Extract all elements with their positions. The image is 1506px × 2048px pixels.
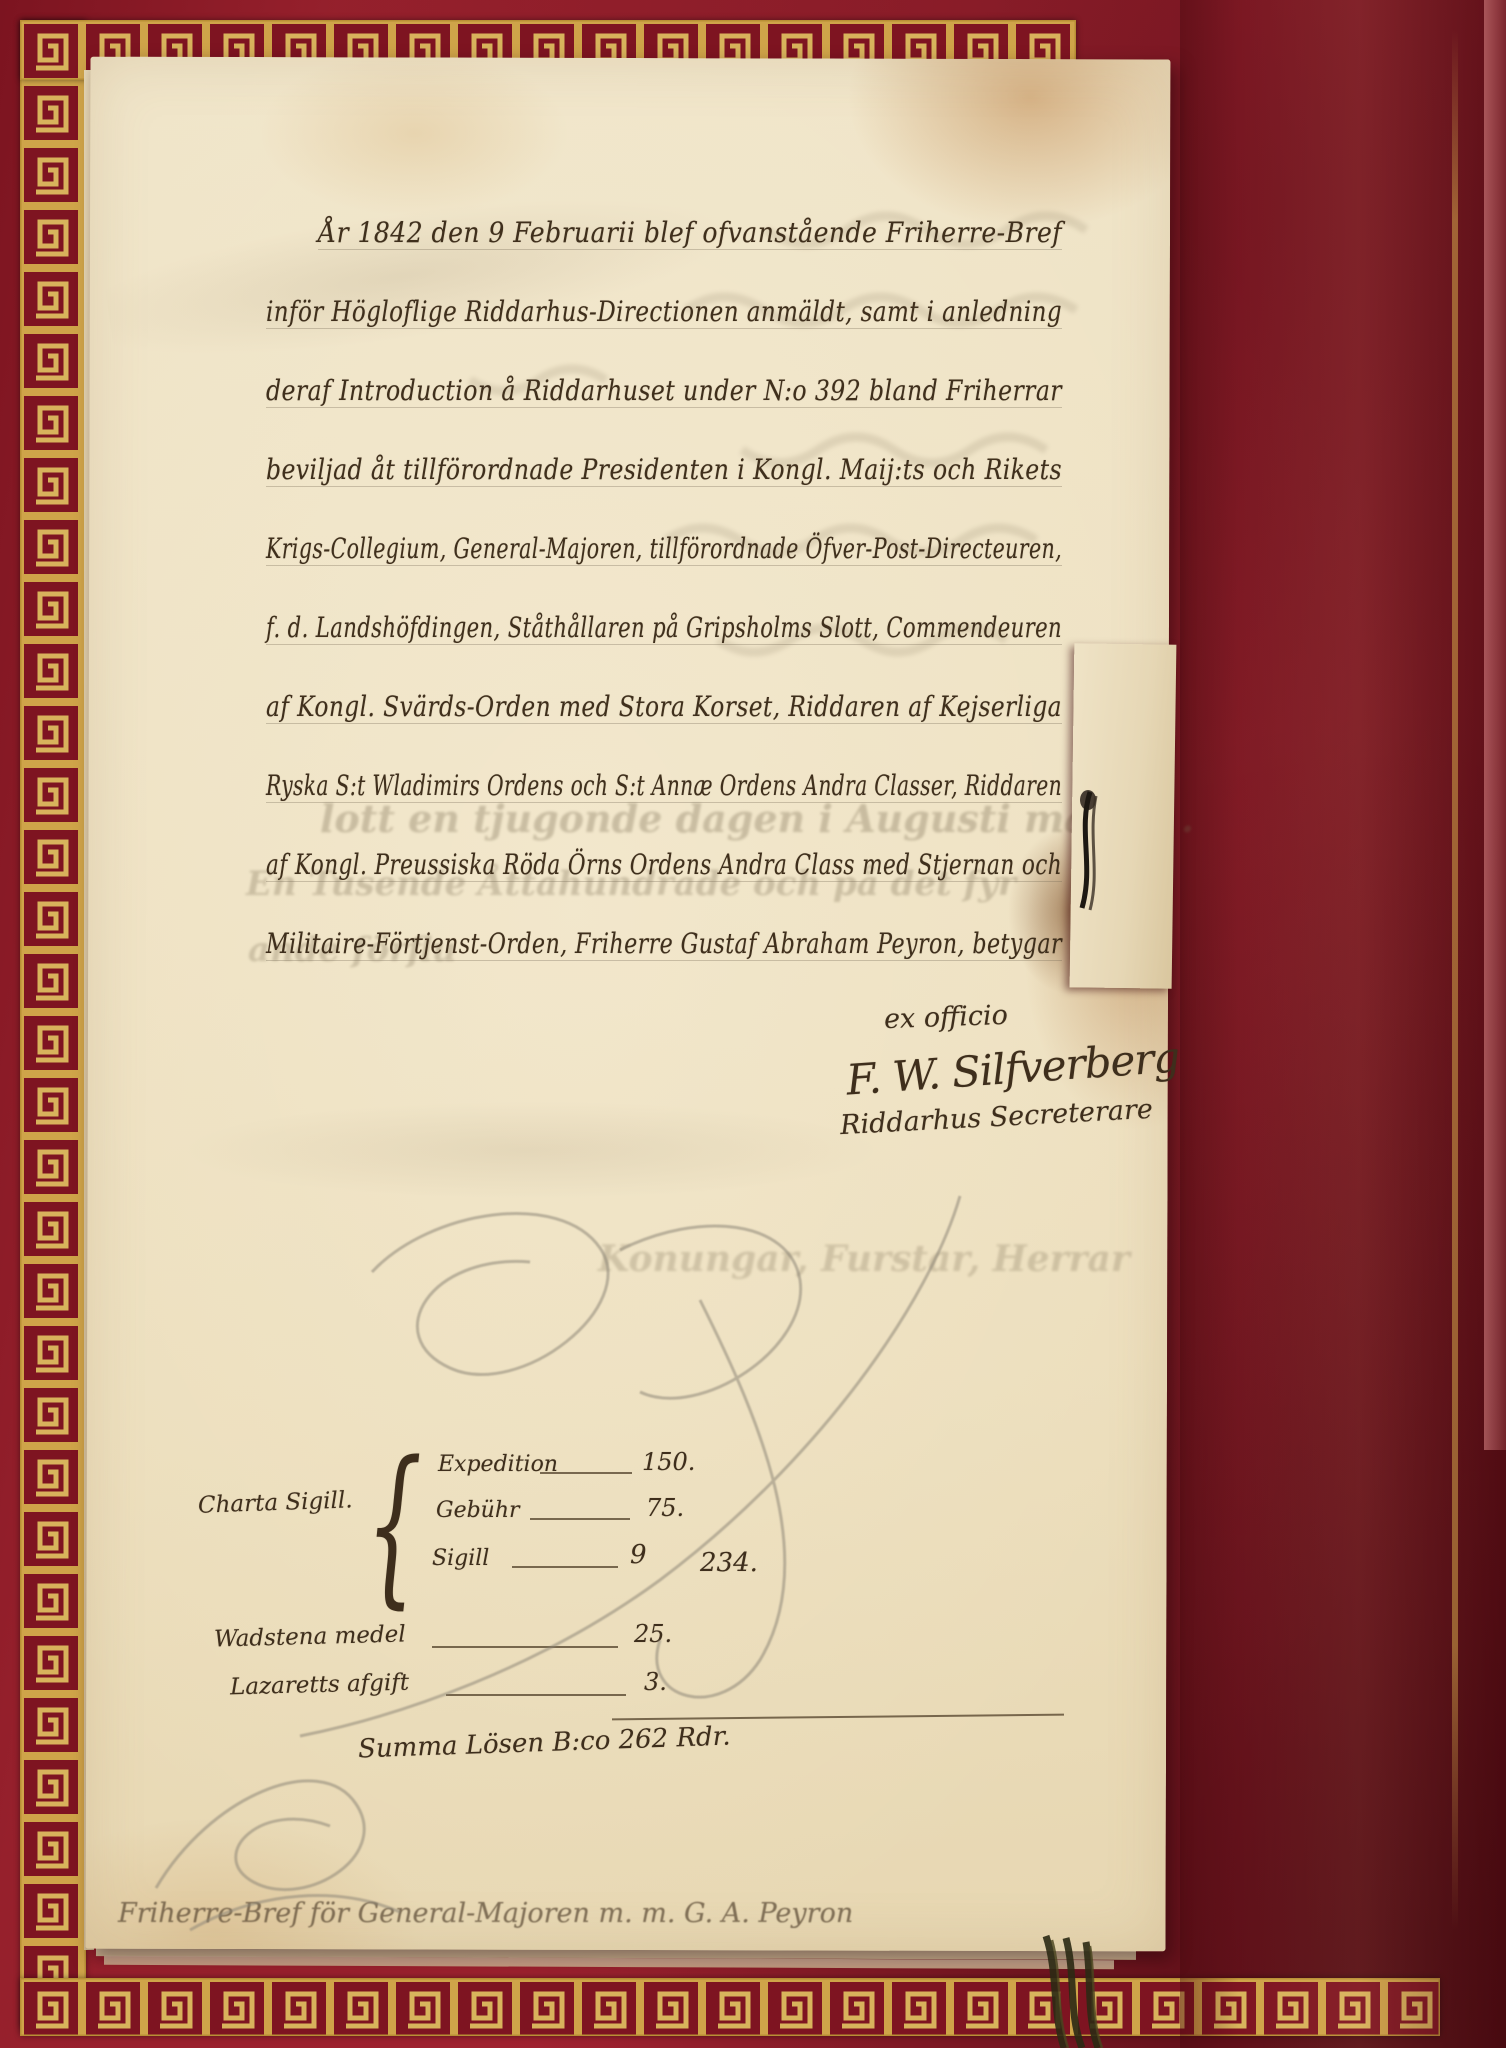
book-cover-scan: lott en tjugonde dagen i Augusti månad .…: [0, 0, 1506, 2048]
fee-label: Lazaretts afgift: [230, 1670, 410, 1701]
fee-value: 150.: [642, 1448, 695, 1476]
inserted-paper-strip: [1070, 643, 1177, 988]
right-cover-shading: [1180, 0, 1506, 2048]
manuscript-line: År 1842 den 9 Februarii blef ofvanståend…: [318, 216, 1062, 250]
fee-label: Wadstena medel: [214, 1621, 406, 1652]
fees-subtotal: 234.: [700, 1548, 758, 1578]
fee-label: Gebühr: [436, 1498, 520, 1523]
fee-value: 25.: [634, 1620, 672, 1648]
docket-line: Friherre-Bref för General-Majoren m. m. …: [118, 1898, 853, 1929]
fees-brace: {: [366, 1424, 422, 1624]
manuscript-line: Ryska S:t Wladimirs Ordens och S:t Annæ …: [266, 769, 1062, 803]
manuscript-line: af Kongl. Svärds-Orden med Stora Korset,…: [266, 690, 1062, 724]
manuscript-line: af Kongl. Preussiska Röda Örns Ordens An…: [266, 848, 1062, 882]
manuscript-line: Krigs-Collegium, General-Majoren, tillfö…: [266, 532, 1062, 566]
greek-key-border-left: [20, 20, 86, 2028]
manuscript-line: inför Högloflige Riddarhus-Directionen a…: [266, 295, 1062, 329]
fee-leader: [512, 1566, 618, 1568]
greek-key-border-bottom: [20, 1978, 1440, 2036]
fore-edge-highlight: [1484, 0, 1506, 1450]
fee-value: 3.: [644, 1668, 667, 1696]
fees-group-label: Charta Sigill.: [198, 1487, 353, 1518]
fee-leader: [540, 1472, 632, 1474]
fee-value: 9: [630, 1540, 647, 1570]
manuscript-line: f. d. Landshöfdingen, Ståthållaren på Gr…: [266, 611, 1062, 645]
gold-fillet-line: [1452, 30, 1458, 1930]
fee-leader: [432, 1646, 618, 1648]
show-through-fragment: Konungar, Furstar, Herrar: [598, 1238, 1130, 1280]
fee-leader: [446, 1694, 626, 1696]
manuscript-line: deraf Introduction å Riddarhuset under N…: [266, 374, 1062, 408]
ex-officio-text: ex officio: [883, 1000, 1008, 1035]
fee-leader: [530, 1518, 630, 1520]
manuscript-line: Militaire-Förtjenst-Orden, Friherre Gust…: [266, 927, 1062, 961]
manuscript-line: beviljad åt tillförordnade Presidenten i…: [266, 453, 1062, 487]
fee-label: Sigill: [432, 1546, 489, 1571]
manuscript-page: [86, 57, 1171, 1952]
fee-value: 75.: [646, 1494, 684, 1522]
